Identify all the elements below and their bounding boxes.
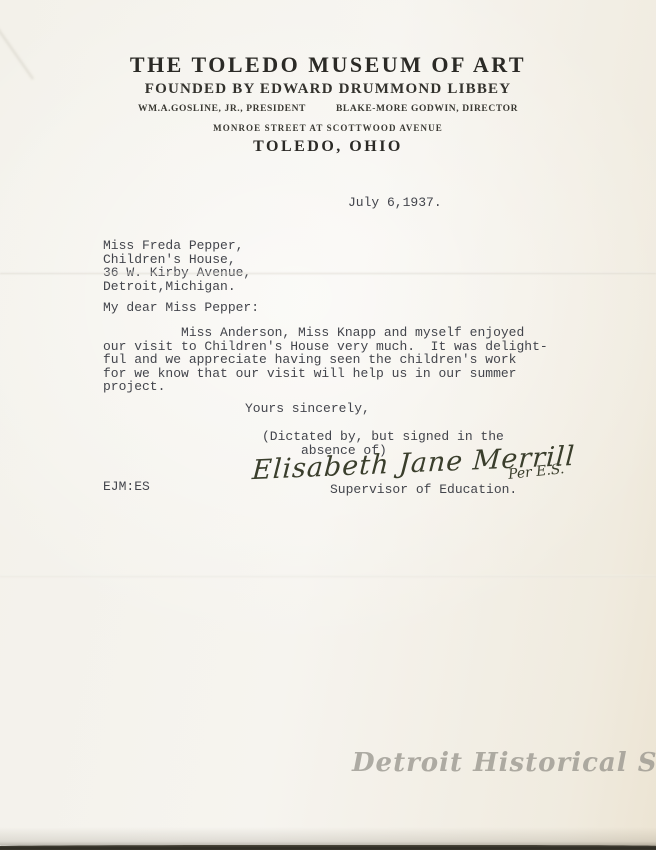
director-name: BLAKE-MORE GODWIN, DIRECTOR: [336, 104, 518, 114]
salutation: My dear Miss Pepper:: [103, 301, 259, 315]
president-name: WM.A.GOSLINE, JR., PRESIDENT: [138, 104, 306, 114]
museum-title: THE TOLEDO MUSEUM OF ART: [0, 52, 656, 78]
city-line: TOLEDO, OHIO: [0, 138, 656, 156]
officers-line: WM.A.GOSLINE, JR., PRESIDENTBLAKE-MORE G…: [0, 104, 656, 114]
fold-crease-upper: [0, 272, 656, 275]
letter-page: THE TOLEDO MUSEUM OF ART FOUNDED BY EDWA…: [0, 0, 656, 850]
body-paragraph: Miss Anderson, Miss Knapp and myself enj…: [103, 326, 548, 394]
letterhead: THE TOLEDO MUSEUM OF ART FOUNDED BY EDWA…: [0, 52, 656, 156]
watermark: Detroit Historical Society: [352, 748, 656, 778]
closing-line: Yours sincerely,: [245, 402, 370, 416]
bottom-scan-edge: [0, 845, 656, 850]
fold-crease-lower: [0, 575, 656, 578]
signer-title: Supervisor of Education.: [330, 483, 517, 497]
founded-line: FOUNDED BY EDWARD DRUMMOND LIBBEY: [0, 81, 656, 98]
bottom-paper-shadow: [0, 827, 656, 845]
recipient-address: Miss Freda Pepper, Children's House, 36 …: [103, 239, 251, 293]
street-line: MONROE STREET AT SCOTTWOOD AVENUE: [0, 123, 656, 133]
date-line: July 6,1937.: [348, 196, 442, 210]
typist-initials: EJM:ES: [103, 480, 150, 494]
